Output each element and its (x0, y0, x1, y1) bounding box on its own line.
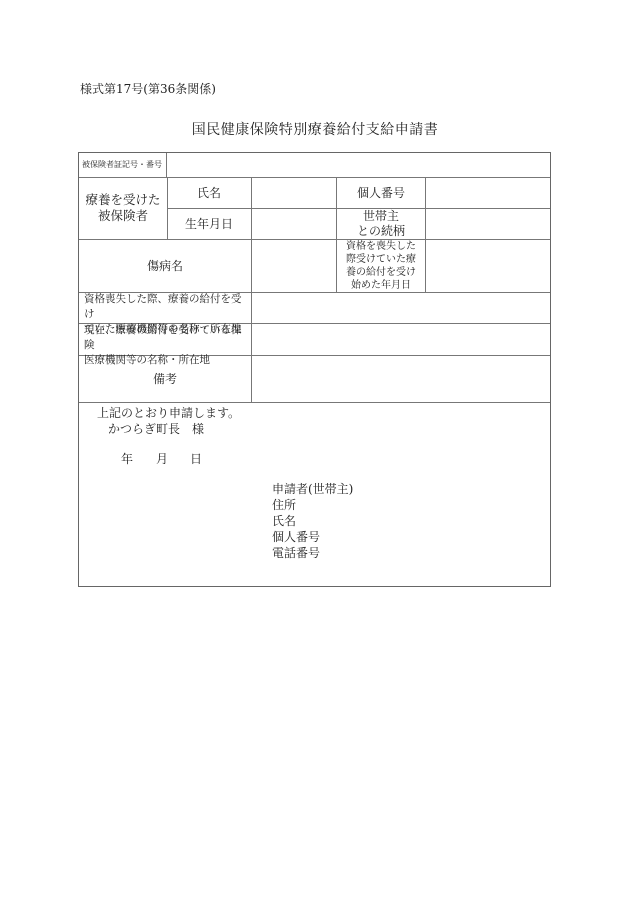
phone-label: 電話番号 (272, 545, 320, 561)
start-date-field[interactable] (426, 239, 550, 292)
relationship-line2: との続柄 (357, 224, 405, 239)
insured-group-line2: 被保険者 (98, 208, 148, 224)
current-institution-label: 現在、療養の給付を受けている保険 医療機関等の名称・所在地 (79, 323, 251, 355)
current-institution-line1: 現在、療養の給付を受けている保険 (84, 323, 251, 353)
remarks-field[interactable] (252, 355, 550, 402)
relationship-field[interactable] (426, 208, 550, 239)
start-date-line1: 資格を喪失した (346, 240, 416, 253)
current-institution-field[interactable] (252, 323, 550, 355)
start-date-line2: 際受けていた療 (346, 253, 416, 266)
start-date-line4: 始めた年月日 (351, 279, 411, 292)
personal-number-label: 個人番号 (337, 177, 425, 208)
application-form-table: 被保険者証記号・番号 療養を受けた 被保険者 氏名 個人番号 生年月日 世帯主 … (78, 152, 551, 587)
name-field[interactable] (252, 177, 336, 208)
remarks-label: 備考 (79, 355, 251, 402)
insured-person-group-label: 療養を受けた 被保険者 (79, 177, 167, 239)
start-date-line3: 養の給付を受け (346, 266, 416, 279)
date-year-label: 年 (121, 451, 133, 467)
form-number: 様式第17号(第36条関係) (80, 80, 216, 97)
birthdate-field[interactable] (252, 208, 336, 239)
insurance-card-field[interactable] (167, 153, 550, 177)
birthdate-label: 生年月日 (167, 208, 251, 239)
disease-field[interactable] (252, 239, 336, 292)
insurance-card-label: 被保険者証記号・番号 (79, 153, 166, 177)
date-day-label: 日 (190, 451, 202, 467)
former-institution-field[interactable] (252, 292, 550, 323)
relationship-line1: 世帯主 (363, 209, 399, 224)
personal-number-field[interactable] (426, 177, 550, 208)
applicant-name-label: 氏名 (272, 513, 296, 529)
relationship-label: 世帯主 との続柄 (337, 208, 425, 239)
start-date-label: 資格を喪失した 際受けていた療 養の給付を受け 始めた年月日 (337, 239, 425, 292)
former-institution-label: 資格喪失した際、療養の給付を受け ていた医療機関等の名称・所在地 (79, 292, 251, 323)
title-text: 国民健康保険特別療養給付支給申請書 (192, 119, 439, 139)
name-label: 氏名 (167, 177, 251, 208)
page-title: 国民健康保険特別療養給付支給申請書 (0, 119, 630, 139)
applicant-label: 申請者(世帯主) (272, 481, 353, 497)
address-label: 住所 (272, 497, 296, 513)
insured-group-line1: 療養を受けた (85, 192, 160, 208)
addressee: かつらぎ町長 様 (108, 421, 204, 437)
declaration-statement: 上記のとおり申請します。 (97, 405, 240, 421)
applicant-personal-number-label: 個人番号 (272, 529, 320, 545)
former-institution-line1: 資格喪失した際、療養の給付を受け (84, 292, 251, 322)
disease-label: 傷病名 (79, 239, 251, 292)
row-divider (79, 402, 550, 403)
date-month-label: 月 (156, 451, 168, 467)
